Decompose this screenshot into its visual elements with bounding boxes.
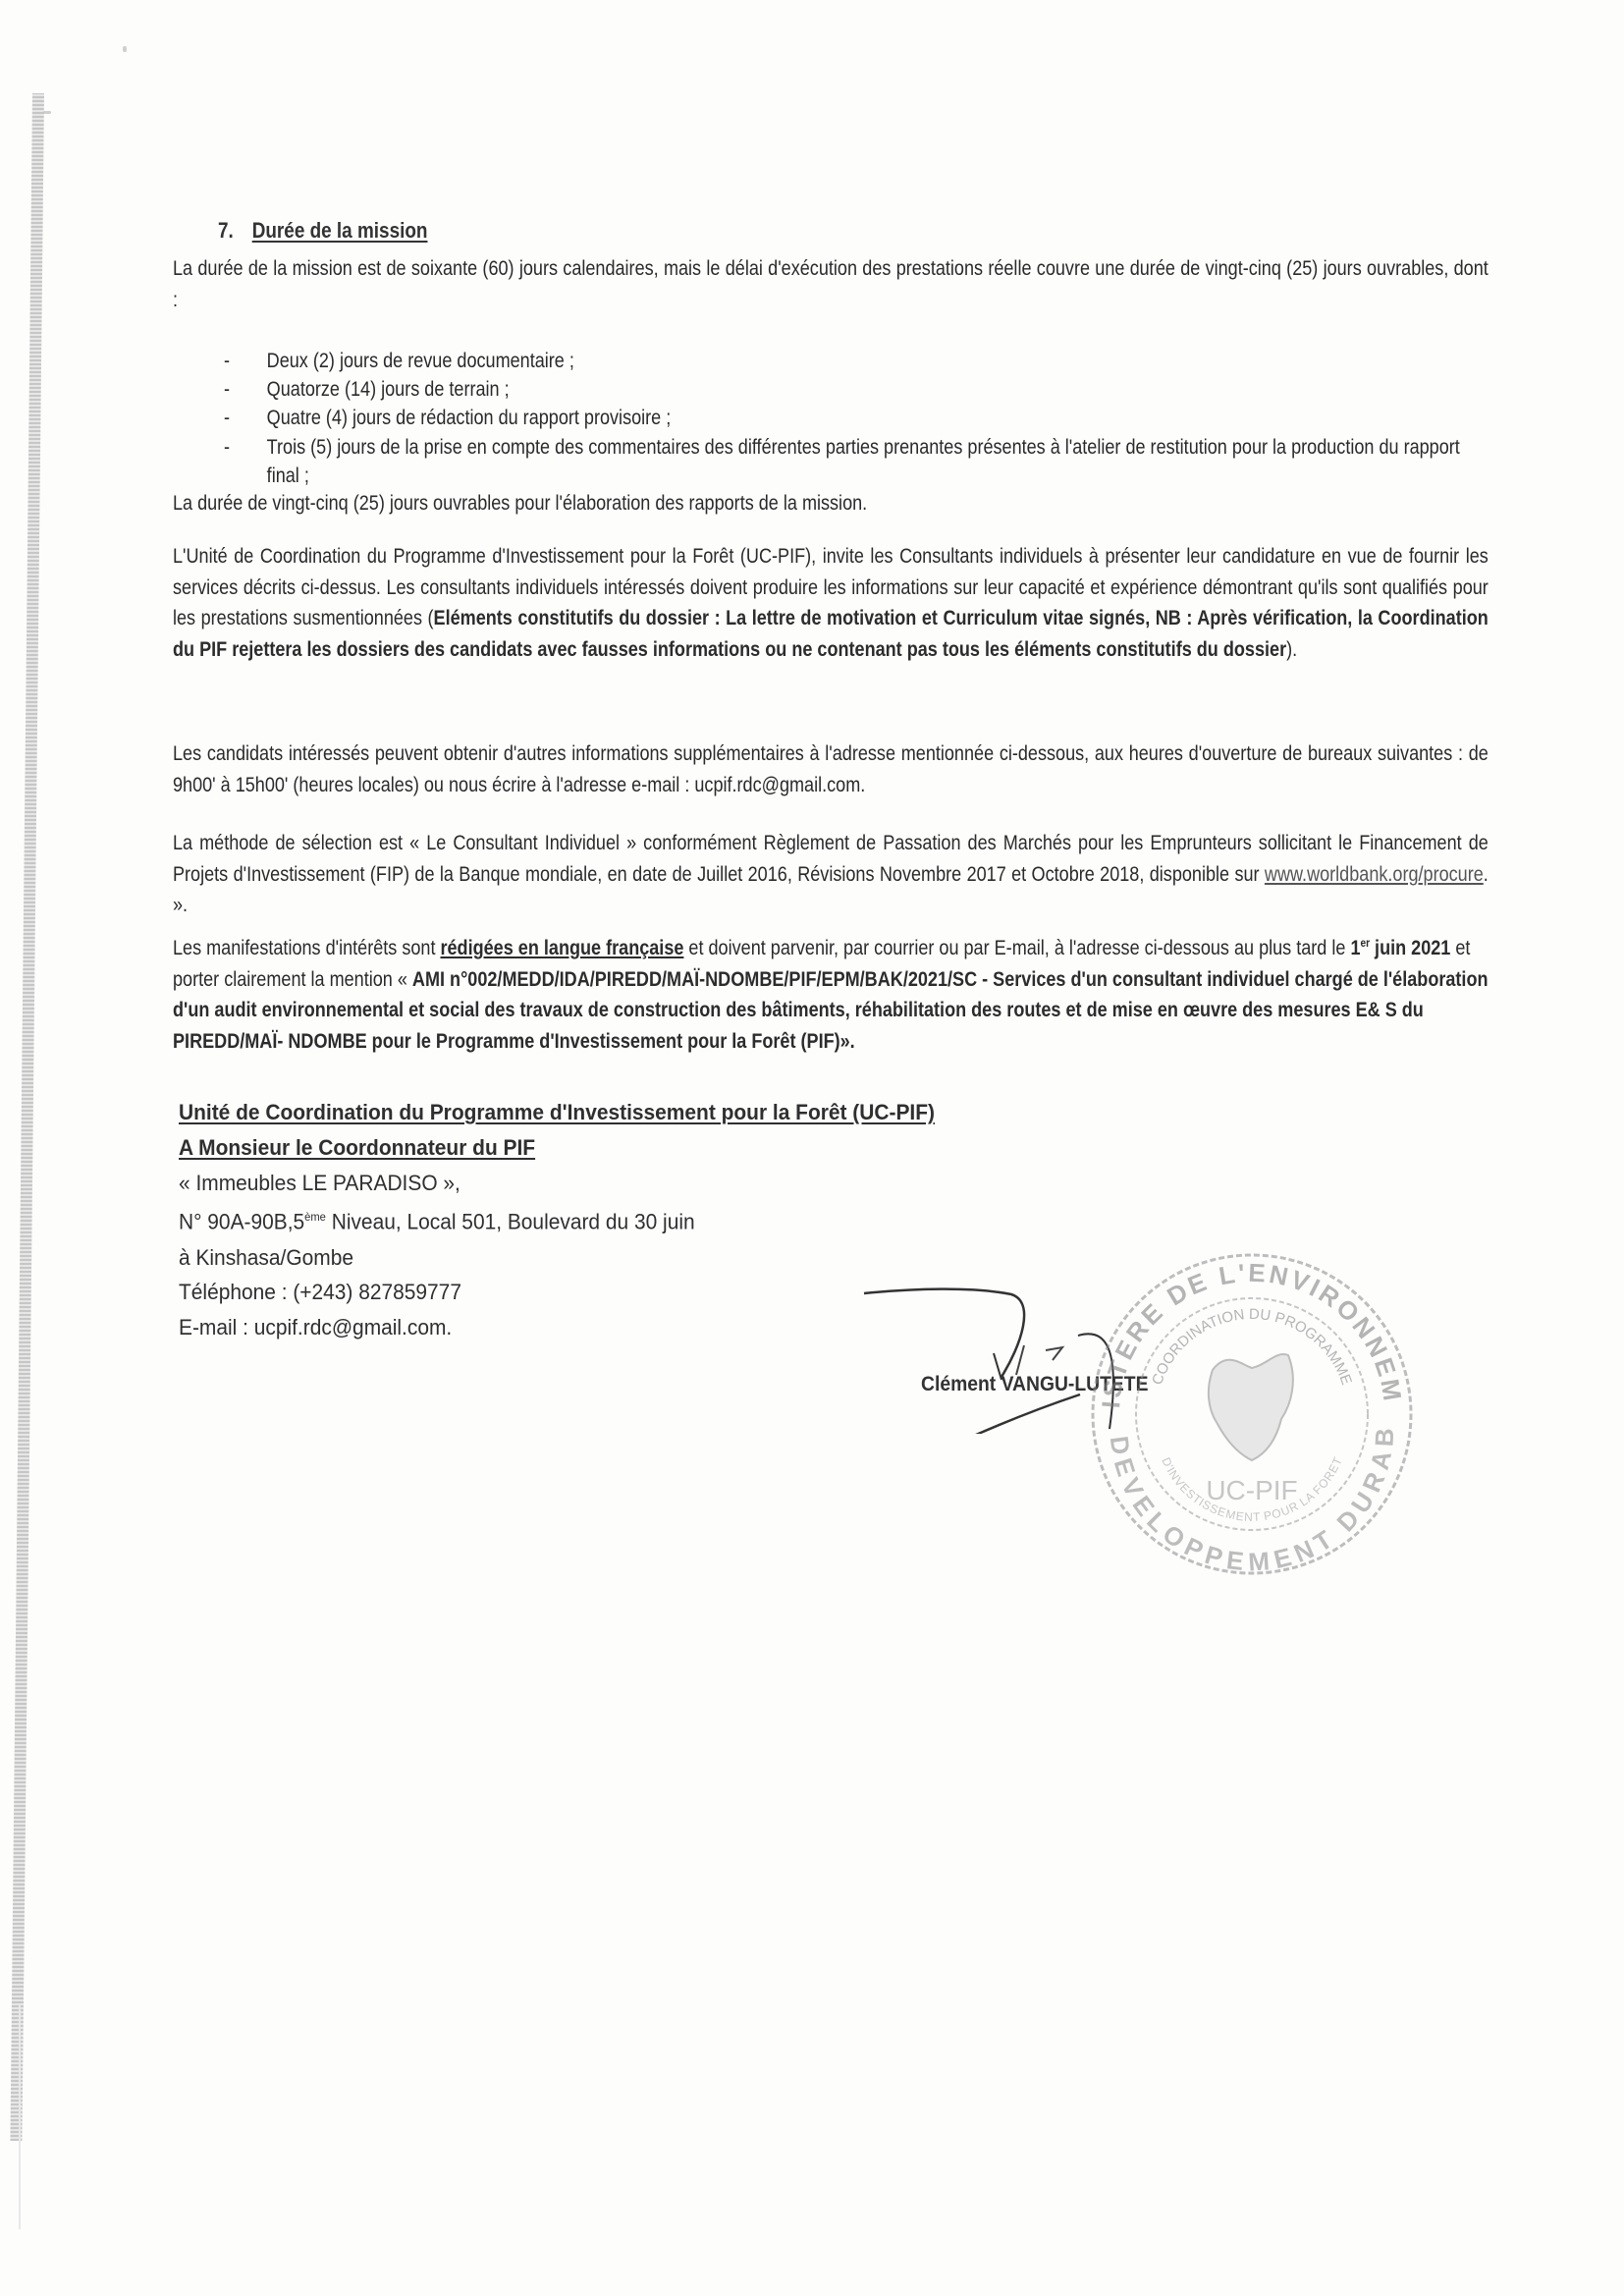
duration-intro-text: La durée de la mission est de soixante (… <box>173 253 1489 315</box>
submission-deadline-day: 1 <box>1350 936 1360 959</box>
duration-intro: La durée de la mission est de soixante (… <box>173 253 1489 315</box>
address-block: Unité de Coordination du Programme d'Inv… <box>179 1095 935 1345</box>
list-item-text: Trois (5) jours de la prise en compte de… <box>267 433 1487 490</box>
list-item-text: Quatre (4) jours de rédaction du rapport… <box>267 404 1487 432</box>
scan-speck <box>123 46 127 52</box>
list-item-text: Quatorze (14) jours de terrain ; <box>267 375 1487 404</box>
map-emblem-icon <box>1209 1354 1293 1460</box>
list-item-text: Deux (2) jours de revue documentaire ; <box>267 347 1487 375</box>
info-text: Les candidats intéressés peuvent obtenir… <box>173 738 1489 800</box>
address-city: à Kinshasa/Gombe <box>179 1240 935 1276</box>
list-item: - Trois (5) jours de la prise en compte … <box>224 433 1486 490</box>
method-paragraph: La méthode de sélection est « Le Consult… <box>173 828 1489 921</box>
submission-deadline-sup: er <box>1361 936 1371 950</box>
address-organization: Unité de Coordination du Programme d'Inv… <box>179 1095 935 1130</box>
bullet-marker: - <box>224 347 267 375</box>
address-building: « Immeubles LE PARADISO », <box>179 1166 935 1201</box>
section-number: 7. <box>218 218 234 243</box>
info-paragraph: Les candidats intéressés peuvent obtenir… <box>173 738 1489 800</box>
official-stamp: MINISTERE DE L'ENVIRONNEMENT ET DEVELOPP… <box>1080 1242 1414 1576</box>
submission-language: rédigées en langue française <box>440 936 683 959</box>
section-heading: 7.Durée de la mission <box>218 218 427 244</box>
scan-edge-shadow <box>10 93 44 2141</box>
address-street-rest: Niveau, Local 501, Boulevard du 30 juin <box>326 1210 695 1234</box>
address-street: N° 90A-90B,5ème Niveau, Local 501, Boule… <box>179 1200 935 1239</box>
address-attention: A Monsieur le Coordonnateur du PIF <box>179 1130 935 1166</box>
duration-closing: La durée de vingt-cinq (25) jours ouvrab… <box>173 488 1489 519</box>
scan-edge-line <box>19 2003 21 2229</box>
section-title: Durée de la mission <box>252 218 428 243</box>
address-email: E-mail : ucpif.rdc@gmail.com. <box>179 1310 935 1345</box>
duration-list: - Deux (2) jours de revue documentaire ;… <box>224 347 1486 490</box>
stamp-center-text: UC-PIF <box>1206 1475 1297 1505</box>
list-item: - Deux (2) jours de revue documentaire ; <box>224 347 1486 375</box>
invitation-end: ). <box>1286 637 1297 661</box>
submission-paragraph: Les manifestations d'intérêts sont rédig… <box>173 928 1489 1058</box>
bullet-marker: - <box>224 433 267 490</box>
worldbank-link[interactable]: www.worldbank.org/procure <box>1265 862 1484 886</box>
address-street-number: N° 90A-90B,5 <box>179 1210 304 1234</box>
bullet-marker: - <box>224 404 267 432</box>
invitation-paragraph: L'Unité de Coordination du Programme d'I… <box>173 541 1489 665</box>
list-item: - Quatorze (14) jours de terrain ; <box>224 375 1486 404</box>
address-phone: Téléphone : (+243) 827859777 <box>179 1275 935 1310</box>
submission-text-2: et doivent parvenir, par courrier ou par… <box>683 936 1350 959</box>
address-street-sup: ème <box>304 1210 326 1224</box>
scan-speck <box>43 111 51 114</box>
duration-closing-text: La durée de vingt-cinq (25) jours ouvrab… <box>173 488 1489 519</box>
bullet-marker: - <box>224 375 267 404</box>
submission-text-1: Les manifestations d'intérêts sont <box>173 936 440 959</box>
list-item: - Quatre (4) jours de rédaction du rappo… <box>224 404 1486 432</box>
submission-deadline-date: juin 2021 <box>1370 936 1450 959</box>
